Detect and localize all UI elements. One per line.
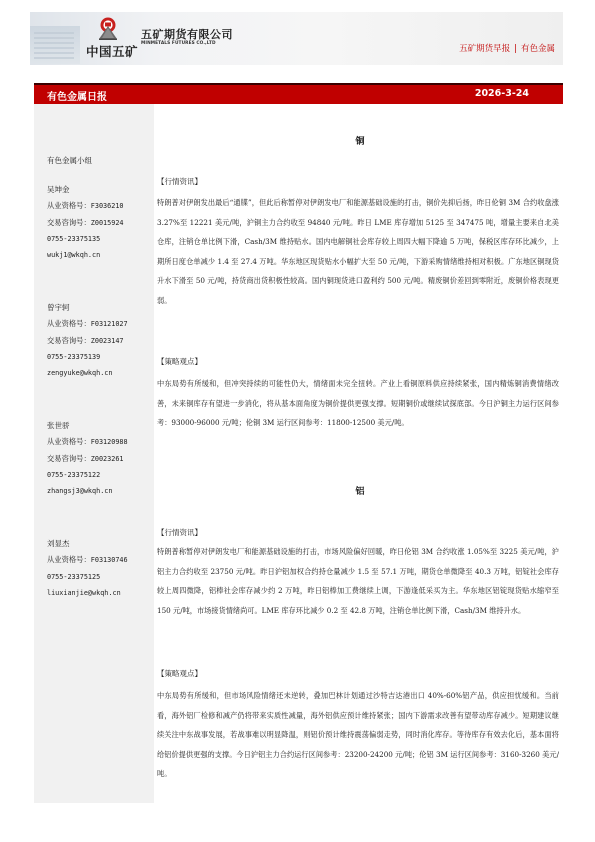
report-category: 有色金属 xyxy=(521,44,555,54)
minmetals-emblem-icon xyxy=(97,17,119,41)
copper-strategy-paragraph: 中东局势有所缓和，但冲突持续的可能性仍大，情绪面未完全扭转。产业上看铜原料供应持… xyxy=(157,374,559,433)
section-title-aluminum: 铝 xyxy=(157,484,563,497)
consult-label: 交易咨询号： xyxy=(47,454,91,463)
aluminum-news-tag: 【行情资讯】 xyxy=(157,527,202,538)
aluminum-strategy-paragraph: 中东局势有所缓和，但市场风险情绪还未逆转，叠加巴林计划通过沙特吉达港出口 40%… xyxy=(157,686,559,784)
analyst-name: 吴坤金 xyxy=(47,182,124,198)
report-series-label: 五矿期货早报|有色金属 xyxy=(459,42,555,54)
qualification-number: F03121027 xyxy=(91,320,128,328)
analyst-phone: 0755-23375135 xyxy=(47,231,124,247)
aluminum-news-paragraph: 特朗普称暂停对伊朗发电厂和能源基础设施的打击，市场风险偏好回暖，昨日伦铝 3M … xyxy=(157,542,559,620)
qualification-label: 从业资格号： xyxy=(47,555,91,564)
copper-strategy-tag: 【策略观点】 xyxy=(157,356,202,367)
team-name: 有色金属小组 xyxy=(47,155,92,166)
building-graphic xyxy=(30,26,80,64)
qualification-label: 从业资格号： xyxy=(47,201,91,210)
consult-label: 交易咨询号： xyxy=(47,218,91,227)
consult-number: Z0023261 xyxy=(91,455,124,463)
qualification-label: 从业资格号： xyxy=(47,319,91,328)
consult-line: 交易咨询号：Z0015924 xyxy=(47,215,124,231)
aluminum-strategy-tag: 【策略观点】 xyxy=(157,668,202,679)
report-date: 2026-3-24 xyxy=(475,88,529,99)
analyst-email[interactable]: wukj1@wkqh.cn xyxy=(47,247,124,263)
analyst-phone: 0755-23375139 xyxy=(47,349,128,365)
analyst-phone: 0755-23375122 xyxy=(47,467,128,483)
report-header: 中国五矿 五矿期货有限公司 MINMETALS FUTURES CO.,LTD … xyxy=(30,12,563,65)
consult-line: 交易咨询号：Z0023147 xyxy=(47,333,128,349)
company-name-cn: 五矿期货有限公司 xyxy=(141,26,233,42)
consult-label: 交易咨询号： xyxy=(47,336,91,345)
consult-number: Z0015924 xyxy=(91,219,124,227)
analyst-phone: 0755-23375125 xyxy=(47,569,128,585)
analyst-email[interactable]: zhangsj3@wkqh.cn xyxy=(47,483,128,499)
qualification-line: 从业资格号：F03121027 xyxy=(47,316,128,332)
copper-news-tag: 【行情资讯】 xyxy=(157,176,202,187)
analyst-email[interactable]: zengyuke@wkqh.cn xyxy=(47,365,128,381)
analyst-card: 吴坤金 从业资格号：F3036210 交易咨询号：Z0015924 0755-2… xyxy=(47,182,124,263)
qualification-line: 从业资格号：F03120988 xyxy=(47,434,128,450)
qualification-line: 从业资格号：F03130746 xyxy=(47,552,128,568)
title-bar: 有色金属日报 2026-3-24 xyxy=(34,83,563,104)
qualification-number: F03130746 xyxy=(91,556,128,564)
qualification-line: 从业资格号：F3036210 xyxy=(47,198,124,214)
analyst-name: 张世骄 xyxy=(47,418,128,434)
company-name-en: MINMETALS FUTURES CO.,LTD xyxy=(141,41,216,46)
analyst-card: 张世骄 从业资格号：F03120988 交易咨询号：Z0023261 0755-… xyxy=(47,418,128,499)
analyst-card: 曾宇轲 从业资格号：F03121027 交易咨询号：Z0023147 0755-… xyxy=(47,300,128,381)
analyst-sidebar: 有色金属小组 吴坤金 从业资格号：F3036210 交易咨询号：Z0015924… xyxy=(34,104,154,803)
consult-line: 交易咨询号：Z0023261 xyxy=(47,451,128,467)
separator: | xyxy=(514,44,517,54)
report-title: 有色金属日报 xyxy=(47,88,107,103)
analyst-card: 刘显杰 从业资格号：F03130746 0755-23375125 liuxia… xyxy=(47,536,128,601)
consult-number: Z0023147 xyxy=(91,337,124,345)
section-title-copper: 铜 xyxy=(157,134,563,147)
analyst-name: 刘显杰 xyxy=(47,536,128,552)
logo-text: 中国五矿 xyxy=(86,42,138,60)
qualification-label: 从业资格号： xyxy=(47,437,91,446)
analyst-name: 曾宇轲 xyxy=(47,300,128,316)
qualification-number: F3036210 xyxy=(91,202,124,210)
report-series: 五矿期货早报 xyxy=(459,44,510,54)
qualification-number: F03120988 xyxy=(91,438,128,446)
analyst-email[interactable]: liuxianjie@wkqh.cn xyxy=(47,585,128,601)
copper-news-paragraph: 特朗普对伊朗发出最后“通牒”，但此后称暂停对伊朗发电厂和能源基础设施的打击，铜价… xyxy=(157,193,559,311)
